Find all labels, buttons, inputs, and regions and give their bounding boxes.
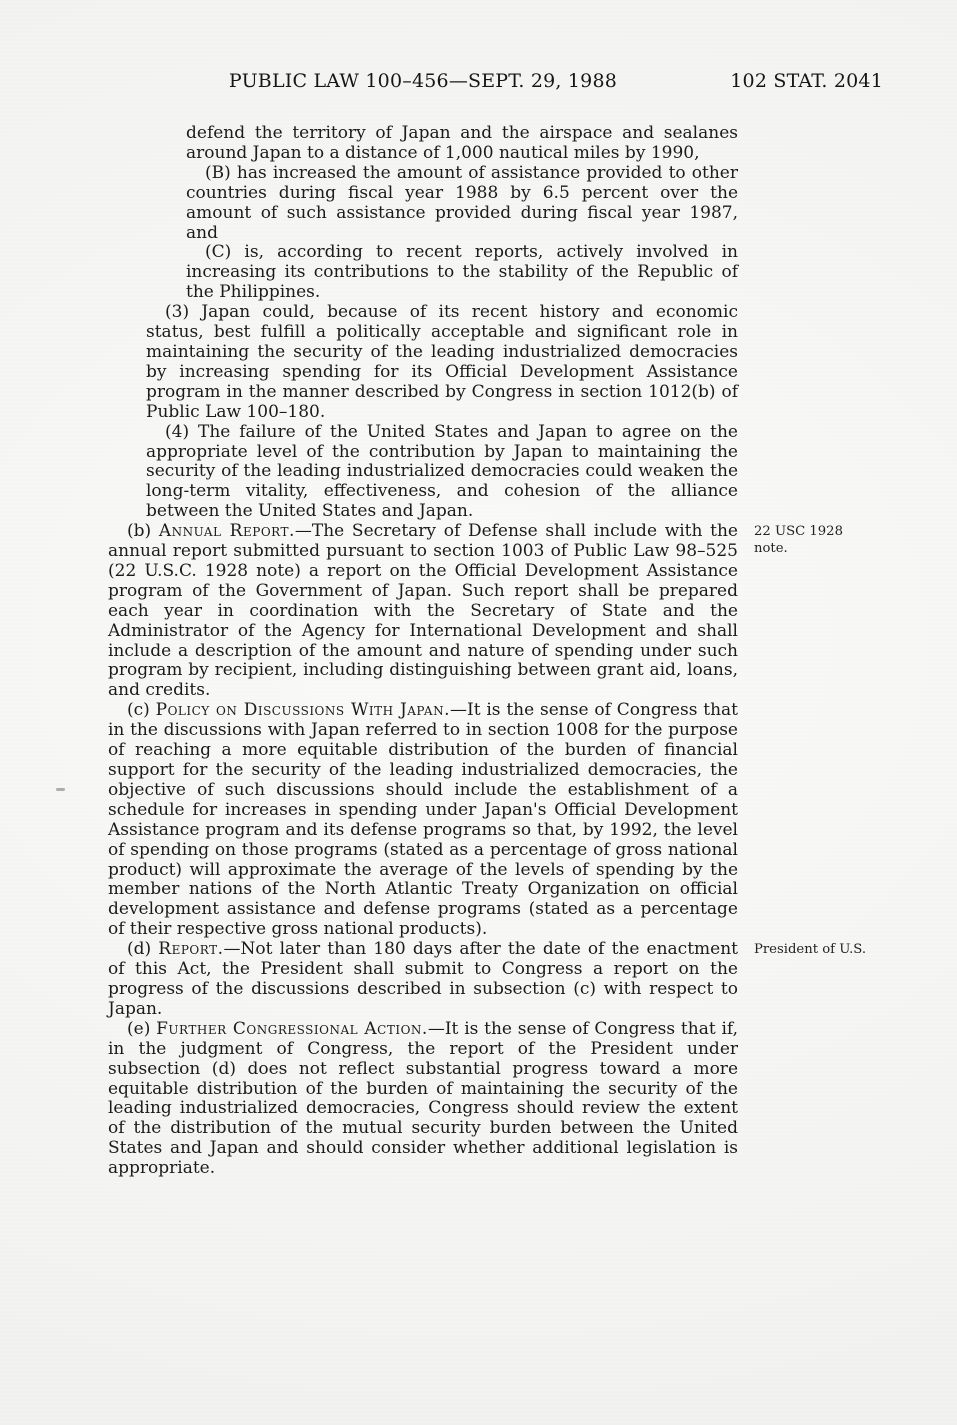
- paragraph-text: (C) is, according to recent reports, act…: [186, 242, 738, 302]
- header-law-title: PUBLIC LAW 100–456—SEPT. 29, 1988: [108, 70, 738, 92]
- paragraph-heading: Report.: [158, 939, 223, 959]
- paragraph-heading: Annual Report.: [159, 521, 295, 541]
- paragraph-clause-B: (B) has increased the amount of assistan…: [186, 164, 738, 244]
- paragraph-text: (B) has increased the amount of assistan…: [186, 163, 738, 243]
- paragraph-lead: (d): [127, 939, 158, 959]
- paragraph-lead: (e): [127, 1019, 156, 1039]
- paragraph-e-further-action: (e) Further Congressional Action.—It is …: [108, 1020, 738, 1179]
- margin-note-president: President of U.S.: [754, 941, 914, 958]
- document-page: PUBLIC LAW 100–456—SEPT. 29, 1988 102 ST…: [0, 0, 957, 1425]
- paragraph-text: (3) Japan could, because of its recent h…: [146, 302, 738, 422]
- paragraph-text: (4) The failure of the United States and…: [146, 422, 738, 522]
- paragraph-heading: Further Congressional Action.: [156, 1019, 428, 1039]
- paragraph-c-policy-discussions: (c) Policy on Discussions With Japan.—It…: [108, 701, 738, 940]
- paragraph-text: —The Secretary of Defense shall include …: [108, 521, 738, 700]
- paragraph-text: —It is the sense of Congress that in the…: [108, 700, 738, 939]
- paragraph-b-annual-report: (b) Annual Report.—The Secretary of Defe…: [108, 522, 738, 701]
- paragraph-text: defend the territory of Japan and the ai…: [186, 123, 738, 163]
- paragraph-text: —It is the sense of Congress that if, in…: [108, 1019, 738, 1178]
- paragraph-clause-C: (C) is, according to recent reports, act…: [186, 243, 738, 303]
- paragraph-heading: Policy on Discussions With Japan.: [156, 700, 450, 720]
- paragraph-continuation: defend the territory of Japan and the ai…: [186, 124, 738, 164]
- paragraph-lead: (c): [127, 700, 156, 720]
- scan-artifact: [56, 788, 65, 791]
- paragraph-finding-3: (3) Japan could, because of its recent h…: [146, 303, 738, 422]
- paragraph-d-report: (d) Report.—Not later than 180 days afte…: [108, 940, 738, 1020]
- header-stat-citation: 102 STAT. 2041: [730, 70, 883, 92]
- paragraph-finding-4: (4) The failure of the United States and…: [146, 423, 738, 523]
- margin-note-usc-1928: 22 USC 1928 note.: [754, 523, 854, 557]
- statute-text-column: defend the territory of Japan and the ai…: [108, 124, 738, 1179]
- paragraph-lead: (b): [127, 521, 159, 541]
